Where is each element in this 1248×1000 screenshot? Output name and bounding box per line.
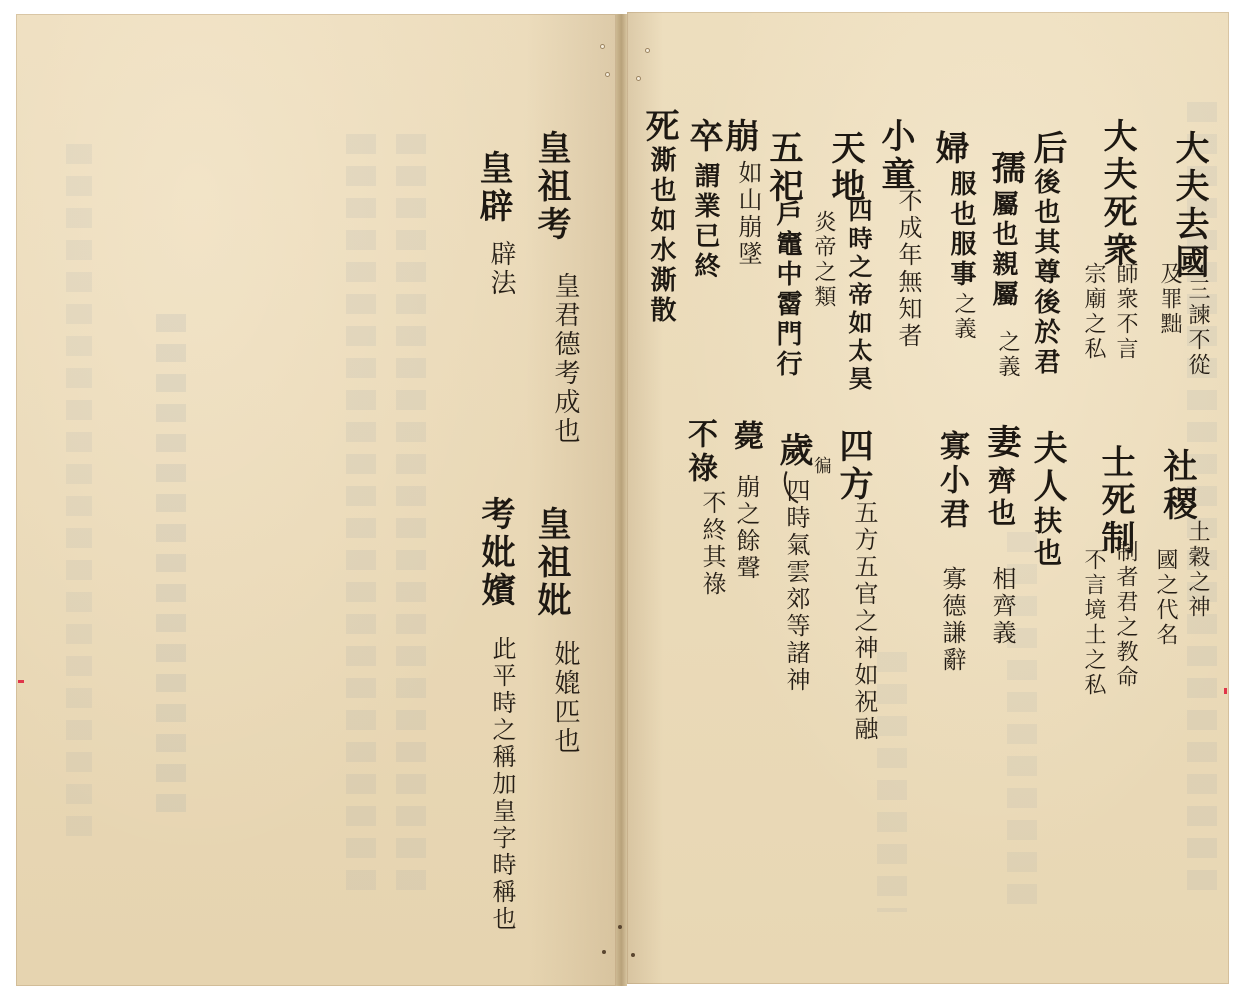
column-heading: 大夫去國 <box>1172 130 1206 282</box>
bleed-through-text <box>346 134 376 894</box>
book-gutter <box>616 14 627 986</box>
column-heading: 皇祖考 <box>534 130 568 244</box>
column-heading: 婦 <box>932 130 966 168</box>
column-gloss: 寡德謙辭 <box>940 566 964 674</box>
column-heading: 孺 <box>988 150 1022 188</box>
column-heading: 社稷 <box>1160 448 1194 524</box>
column-gloss: 宗廟之私 <box>1082 262 1104 362</box>
bleed-through-text <box>877 652 907 912</box>
column-gloss: 之義 <box>996 330 1018 380</box>
binding-hole <box>600 44 605 49</box>
column-gloss: 皇君德考成也 <box>552 272 578 446</box>
binding-hole <box>618 925 622 929</box>
bleed-through-text <box>156 314 186 814</box>
column-heading: 大夫死衆 <box>1100 118 1134 270</box>
column-gloss: 制者君之教命 <box>1114 540 1136 690</box>
column-heading: 四方 <box>836 428 870 504</box>
binding-hole <box>636 76 641 81</box>
column-gloss: 不終其祿 <box>700 490 724 598</box>
column-gloss: 妣媲匹也 <box>552 640 578 756</box>
bleed-through-text <box>396 134 426 894</box>
column-gloss: 四時氣雲郊等諸神 <box>784 478 808 694</box>
column-gloss: 及罪黜 <box>1158 262 1180 337</box>
column-heading: 皇祖妣 <box>534 506 568 620</box>
column-text: 屬也親屬 <box>990 190 1016 310</box>
bleed-through-text <box>66 144 92 844</box>
column-gloss: 三諫不從 <box>1186 278 1208 378</box>
column-gloss: 炎帝之類 <box>812 210 834 310</box>
column-gloss: 不言境土之私 <box>1082 548 1104 698</box>
column-gloss: 如山崩墜 <box>736 160 760 268</box>
column-text: 後也其尊後於君 <box>1032 168 1058 378</box>
column-text: 戶竈中霤門行 <box>774 200 800 380</box>
column-heading: 考妣嬪 <box>478 496 512 610</box>
column-gloss: 不成年無知者 <box>896 188 920 350</box>
left-page <box>16 14 616 986</box>
column-text: 謂業已終 <box>692 162 718 282</box>
column-gloss: 此平時之稱加皇字時稱也 <box>490 636 514 933</box>
column-text: 齊也 <box>986 466 1014 530</box>
column-gloss: 相齊義 <box>990 566 1014 647</box>
column-heading: 薨 <box>730 420 760 454</box>
column-heading: 死 <box>642 108 676 146</box>
column-text: 扶也 <box>1032 506 1060 570</box>
column-text: 服也服事 <box>948 170 974 290</box>
column-heading: 皇辟 <box>476 150 510 226</box>
binding-hole <box>645 48 650 53</box>
column-gloss: 國之代名 <box>1154 548 1176 648</box>
column-heading: 夫人 <box>1030 430 1064 506</box>
binding-hole <box>602 950 606 954</box>
column-gloss: 之義 <box>952 292 974 342</box>
column-heading: 崩 <box>722 118 756 156</box>
red-edge-mark <box>18 680 24 683</box>
column-heading: 天地 <box>828 130 862 206</box>
column-heading: 小童 <box>878 118 912 194</box>
column-gloss: 五方五官之神如祝融 <box>852 500 876 743</box>
column-gloss: 土穀之神 <box>1186 520 1208 620</box>
column-heading: 不祿 <box>684 418 714 486</box>
column-heading: 卒 <box>686 118 720 156</box>
column-heading: 后 <box>1030 130 1064 168</box>
column-heading: 妻 <box>984 424 1018 462</box>
column-gloss: 辟法 <box>488 240 514 298</box>
red-edge-mark <box>1224 688 1227 694</box>
column-text: 四時之帝如太昊 <box>846 198 870 394</box>
column-gloss: 師衆不言 <box>1114 262 1136 362</box>
column-heading: 五祀 <box>766 130 800 206</box>
bleed-through-text <box>116 134 142 894</box>
binding-hole <box>605 72 610 77</box>
binding-hole <box>631 953 635 957</box>
column-text: 澌也如水澌散 <box>648 146 674 326</box>
column-heading: 寡小君 <box>936 430 966 532</box>
column-gloss: 崩之餘聲 <box>734 474 758 582</box>
